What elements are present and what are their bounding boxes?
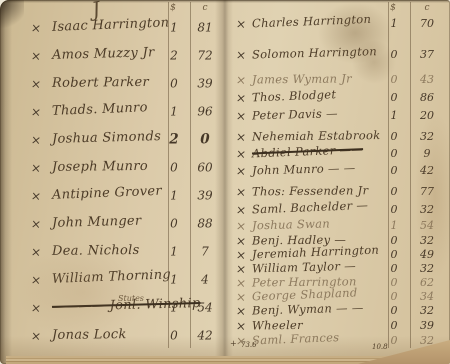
- right-page: $ c × Charles Harrington 1 70 × Solomon …: [228, 2, 446, 352]
- entry-name: Solomon Harrington: [252, 44, 377, 61]
- check-mark: ×: [235, 73, 246, 88]
- entry-cents: 49: [412, 248, 442, 261]
- ledger-entry: × Joshua Swan 1 54: [228, 218, 446, 233]
- check-mark: ×: [30, 21, 41, 36]
- entry-name: Dea. Nichols: [52, 243, 140, 259]
- entry-dollars: 1: [162, 21, 186, 35]
- entry-annotation: Stutes: [118, 294, 144, 303]
- ledger-entry: × Peter Davis — 1 20: [228, 105, 446, 127]
- entry-dollars: 0: [382, 147, 406, 160]
- check-mark: ×: [235, 262, 246, 277]
- entry-dollars: 0: [162, 217, 186, 231]
- check-mark: ×: [235, 129, 246, 144]
- ledger-entry: × Saml. Bachelder — 0 32: [228, 202, 446, 218]
- entry-cents: 32: [412, 203, 442, 216]
- ledger-entry: × Antipine Grover 1 39: [12, 182, 218, 210]
- entry-name: John Munro — —: [252, 161, 356, 178]
- entry-dollars: 0: [382, 248, 406, 261]
- entry-dollars: 0: [382, 290, 406, 303]
- ledger-entry: × ———— Jonl. Winship 1 54 Stutes: [12, 294, 218, 322]
- ledger-entry: × Abdiel Parker —— 0 9: [228, 146, 446, 161]
- entry-cents: 32: [412, 234, 442, 247]
- entry-name: Saml. Bachelder —: [252, 198, 369, 216]
- entry-dollars: 0: [382, 276, 406, 289]
- check-mark: ×: [30, 217, 41, 232]
- entry-cents: 9: [412, 147, 442, 160]
- entry-cents: 32: [412, 304, 442, 317]
- check-mark: ×: [30, 245, 41, 260]
- entry-name: Thos. Blodget: [252, 87, 337, 104]
- check-mark: ×: [235, 48, 246, 63]
- ledger-entry: × Thads. Munro 1 96: [12, 98, 218, 126]
- entry-name: Thos: Fessenden Jr: [252, 183, 368, 198]
- entry-name: William Taylor —: [252, 259, 356, 276]
- entry-dollars: 1: [162, 301, 186, 315]
- check-mark: ×: [30, 273, 41, 288]
- ledger-entry: × Solomon Harrington 0 37: [228, 40, 446, 70]
- entry-name: Antipine Grover: [52, 184, 162, 203]
- check-mark: ×: [235, 146, 246, 161]
- entry-dollars: 2: [162, 49, 186, 63]
- entry-dollars: 0: [382, 262, 406, 275]
- entry-name: Amos Muzzy Jr: [52, 45, 155, 63]
- entry-dollars: 1: [382, 219, 406, 232]
- entry-dollars: 0: [382, 203, 406, 216]
- top-left-cover-corner: [0, 0, 24, 32]
- check-mark: ×: [235, 248, 246, 263]
- check-mark: ×: [235, 203, 246, 218]
- check-mark: ×: [30, 77, 41, 92]
- entry-cents: 34: [412, 290, 442, 303]
- check-mark: ×: [235, 184, 246, 199]
- check-mark: ×: [235, 164, 246, 179]
- entry-name: Isaac Harrington: [52, 15, 170, 34]
- entry-name: Nehemiah Estabrook: [252, 128, 381, 143]
- entry-name: Charles Harrington: [252, 12, 372, 31]
- entry-dollars: 0: [382, 164, 406, 177]
- entry-cents: 43: [412, 73, 442, 86]
- entry-cents: 77: [412, 185, 442, 198]
- entry-name: Joshua Simonds: [52, 129, 161, 147]
- ledger-entry: × Charles Harrington 1 70: [228, 8, 446, 40]
- check-mark: ×: [30, 133, 41, 148]
- entry-dollars: 0: [162, 161, 186, 175]
- entry-dollars: 0: [382, 304, 406, 317]
- entry-dollars: 0: [382, 48, 406, 61]
- check-mark: ×: [30, 105, 41, 120]
- check-mark: ×: [235, 17, 246, 32]
- ledger-entry: × Benj. Wyman — — 0 32: [228, 304, 446, 318]
- check-mark: ×: [235, 109, 246, 124]
- entry-cents: 32: [412, 130, 442, 143]
- entry-name: Benj. Wyman — —: [252, 301, 364, 318]
- entry-dollars: 0: [382, 73, 406, 86]
- entry-dollars: 0: [382, 130, 406, 143]
- check-mark: ×: [30, 189, 41, 204]
- ledger-entry: × William Thorning 1 4: [12, 266, 218, 294]
- check-mark: ×: [235, 90, 246, 105]
- entry-cents: 39: [412, 319, 442, 332]
- entry-name: Joshua Swan: [252, 216, 330, 232]
- check-mark: ×: [235, 233, 246, 248]
- entry-name: Robert Parker: [52, 75, 149, 91]
- ledger-entry: × John Munro — — 0 42: [228, 161, 446, 181]
- entry-name: John Munger: [52, 214, 142, 231]
- entry-name: Wheeler: [252, 317, 303, 332]
- check-mark: ×: [235, 290, 246, 305]
- entry-cents: 37: [412, 48, 442, 61]
- entry-dollars: 0: [382, 91, 406, 104]
- check-mark: ×: [235, 304, 246, 319]
- ledger-photo: J $ c × Isaac Harrington 1 81 × Amos Muz…: [0, 0, 450, 364]
- entry-dollars: 1: [162, 245, 186, 259]
- entry-dollars: 2: [162, 132, 186, 148]
- entry-dollars: 1: [382, 109, 406, 122]
- entry-dollars: 1: [382, 17, 406, 30]
- entry-dollars: 1: [162, 273, 186, 287]
- entry-cents: 54: [412, 219, 442, 232]
- entry-name: Peter Davis —: [252, 106, 338, 122]
- ledger-entry: × John Munger 0 88: [12, 210, 218, 238]
- right-entry-list: × Charles Harrington 1 70 × Solomon Harr…: [228, 2, 446, 352]
- check-mark: ×: [30, 161, 41, 176]
- entry-cents: 32: [412, 262, 442, 275]
- ledger-entry: × Amos Muzzy Jr 2 72: [12, 42, 218, 70]
- ledger-entry: × Joseph Munro 0 60: [12, 154, 218, 182]
- entry-name: William Thorning: [52, 267, 172, 287]
- entry-cents: 42: [412, 164, 442, 177]
- check-mark: ×: [235, 218, 246, 233]
- ledger-entry: × Robert Parker 0 39: [12, 70, 218, 98]
- ledger-entry: × James Wyman Jr 0 43: [228, 70, 446, 90]
- entry-name: Thads. Munro: [52, 100, 148, 119]
- entry-cents: 20: [412, 109, 442, 122]
- ledger-entry: × Joshua Simonds 2 0: [12, 126, 218, 154]
- entry-cents: 62: [412, 276, 442, 289]
- entry-dollars: 0: [382, 185, 406, 198]
- check-mark: ×: [235, 318, 246, 333]
- entry-dollars: 0: [382, 319, 406, 332]
- check-mark: ×: [30, 49, 41, 64]
- ledger-entry: × Dea. Nichols 1 7: [12, 238, 218, 266]
- entry-dollars: 1: [162, 189, 186, 203]
- left-page: J $ c × Isaac Harrington 1 81 × Amos Muz…: [12, 2, 218, 352]
- account-book: J $ c × Isaac Harrington 1 81 × Amos Muz…: [0, 0, 450, 364]
- entry-name: James Wyman Jr: [252, 71, 352, 86]
- ledger-entry: × Isaac Harrington 1 81: [12, 14, 218, 42]
- entry-cents: 70: [412, 17, 442, 30]
- entry-dollars: 0: [382, 234, 406, 247]
- check-mark: ×: [235, 276, 246, 291]
- check-mark: ×: [30, 301, 41, 316]
- entry-cents: 86: [412, 91, 442, 104]
- entry-dollars: 0: [162, 77, 186, 91]
- ledger-entry: × Thos. Blodget 0 86: [228, 90, 446, 105]
- entry-dollars: 1: [162, 105, 186, 119]
- entry-name: Joseph Munro: [52, 159, 148, 175]
- left-entry-list: × Isaac Harrington 1 81 × Amos Muzzy Jr …: [12, 2, 218, 352]
